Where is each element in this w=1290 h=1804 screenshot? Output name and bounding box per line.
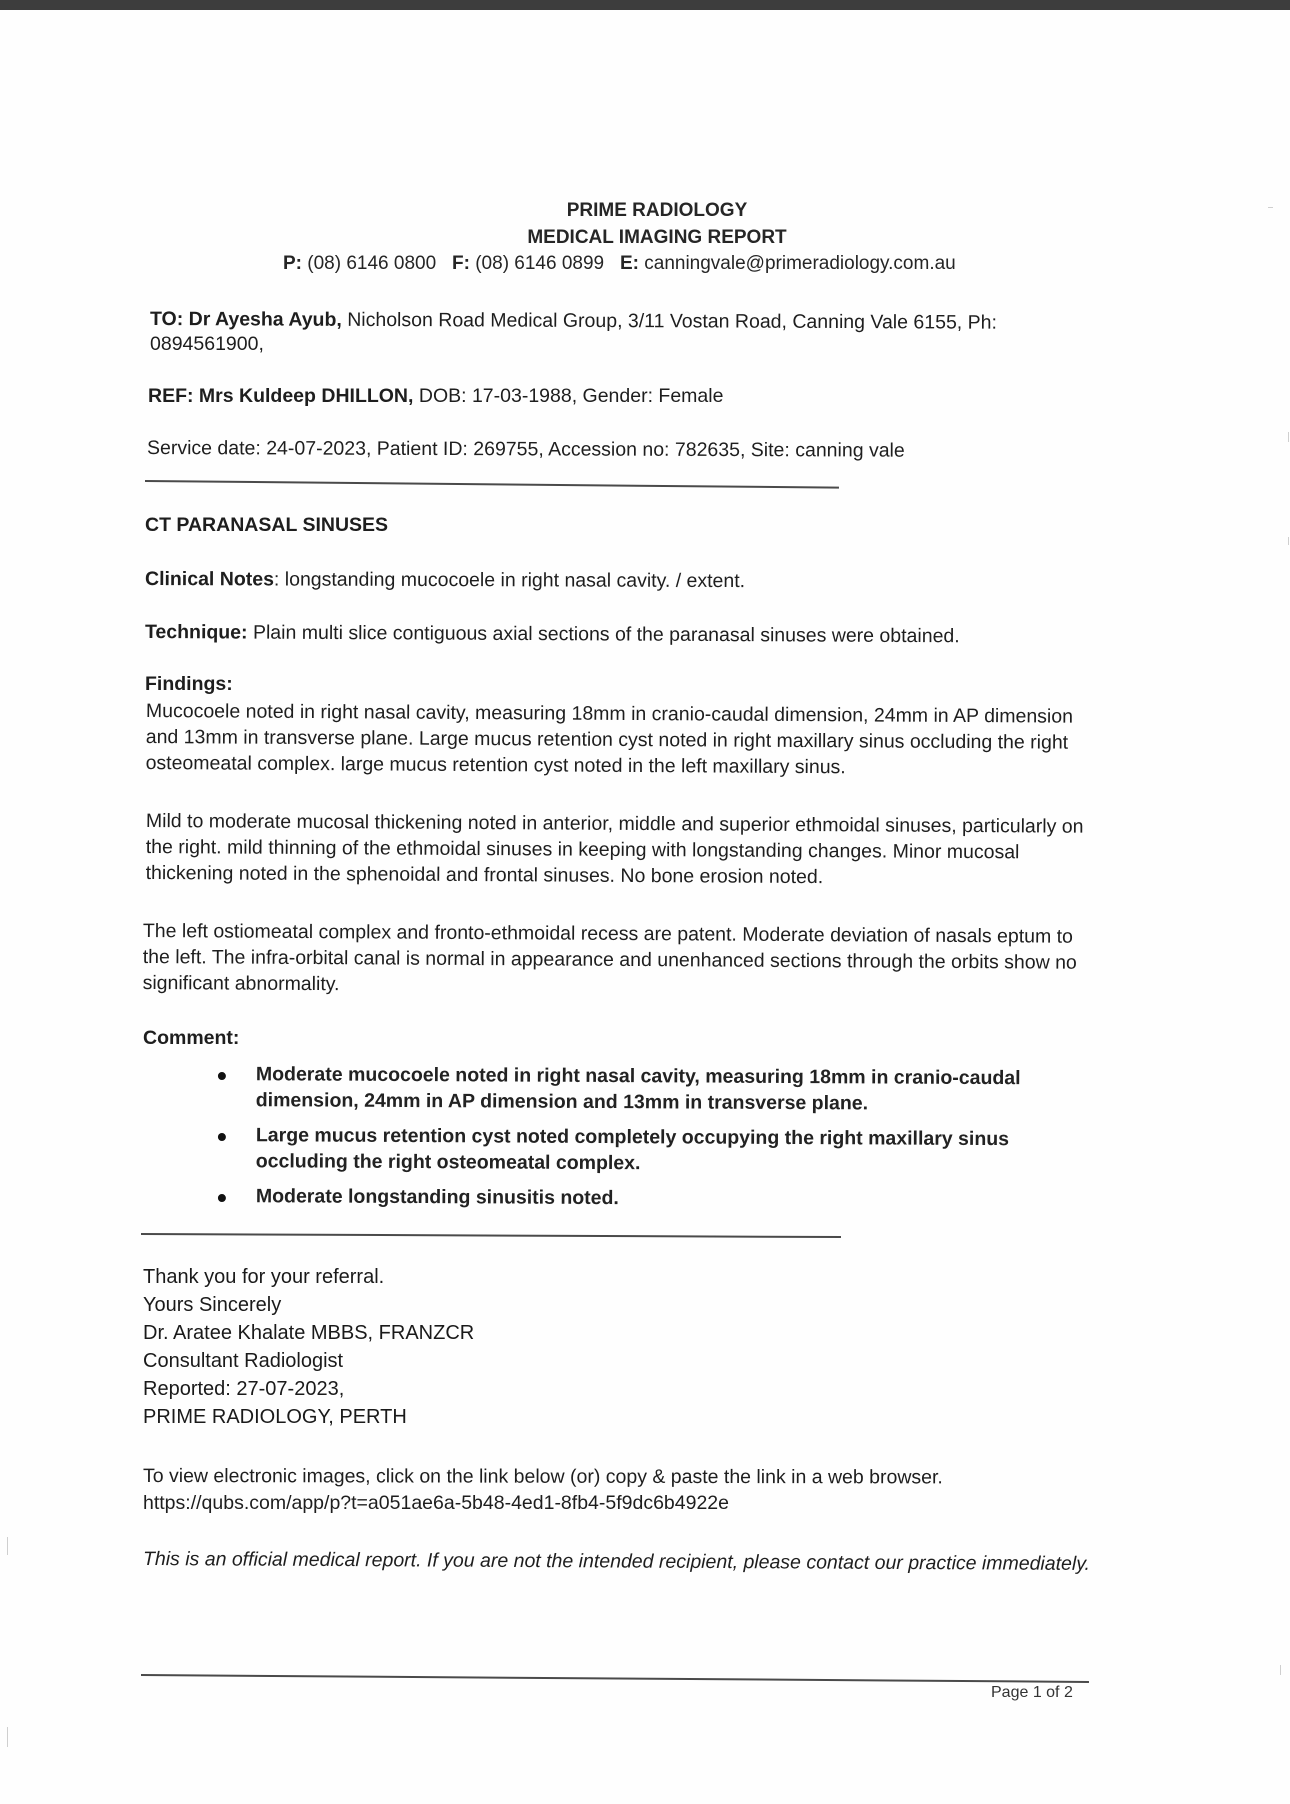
technique: Technique: Plain multi slice contiguous … (145, 621, 960, 648)
fax-label: F: (452, 253, 470, 274)
patient-ref-label: REF: (148, 385, 194, 407)
technique-label: Technique: (145, 621, 248, 644)
phone-label: P: (283, 253, 302, 274)
closing-salutation: Yours Sincerely (143, 1291, 474, 1319)
comment-bullet: Moderate mucocoele noted in right nasal … (218, 1061, 1021, 1117)
scan-artifact (7, 1537, 8, 1555)
comment-label: Comment: (143, 1027, 239, 1050)
disclaimer: This is an official medical report. If y… (143, 1548, 1090, 1576)
bullet-icon (218, 1072, 226, 1080)
findings-paragraph-2: Mild to moderate mucosal thickening note… (146, 808, 1084, 892)
footer-divider (141, 1674, 1089, 1683)
scan-artifact (1268, 207, 1273, 208)
text-line: Moderate longstanding sinusitis noted. (256, 1183, 619, 1211)
page-number: Page 1 of 2 (991, 1684, 1073, 1702)
clinical-notes-text: : longstanding mucocoele in right nasal … (274, 568, 745, 592)
recipient-line: TO: Dr Ayesha Ayub, Nicholson Road Medic… (150, 308, 997, 335)
radiologist-name: Dr. Aratee Khalate MBBS, FRANZCR (143, 1319, 474, 1347)
phone-number: (08) 6146 0800 (307, 253, 436, 274)
findings-paragraph-3: The left ostiomeatal complex and fronto-… (143, 918, 1078, 1002)
comment-bullet: Moderate longstanding sinusitis noted. (218, 1183, 619, 1211)
radiologist-title: Consultant Radiologist (143, 1347, 474, 1375)
text-line: Moderate mucocoele noted in right nasal … (256, 1061, 1021, 1091)
findings-paragraph-1: Mucocoele noted in right nasal cavity, m… (146, 698, 1074, 782)
text-line: dimension, 24mm in AP dimension and 13mm… (256, 1087, 1021, 1117)
scan-artifact (7, 1727, 8, 1747)
bullet-icon (218, 1194, 226, 1202)
org-name: PRIME RADIOLOGY (12, 200, 1290, 222)
images-link[interactable]: https://qubs.com/app/p?t=a051ae6a-5b48-4… (143, 1492, 729, 1515)
bullet-icon (218, 1133, 226, 1141)
service-details: Service date: 24-07-2023, Patient ID: 26… (147, 437, 905, 463)
recipient-address: Nicholson Road Medical Group, 3/11 Vosta… (342, 309, 997, 334)
divider (145, 480, 839, 489)
email-address[interactable]: canningvale@primeradiology.com.au (644, 253, 956, 274)
reported-date: Reported: 27-07-2023, (143, 1375, 474, 1403)
findings-label: Findings: (145, 673, 233, 696)
clinical-notes: Clinical Notes: longstanding mucocoele i… (145, 568, 745, 593)
text-line: occluding the right osteomeatal complex. (256, 1148, 1009, 1178)
clinical-notes-label: Clinical Notes (145, 568, 274, 590)
recipient-label: TO: (150, 308, 183, 330)
scan-artifact (1288, 537, 1289, 545)
divider (141, 1233, 841, 1238)
contact-line: P: (08) 6146 0800 F: (08) 6146 0899 E: c… (283, 253, 956, 275)
email-label: E: (620, 253, 639, 274)
scan-artifact (1288, 432, 1289, 442)
recipient-phone: 0894561900, (150, 333, 264, 356)
technique-text: Plain multi slice contiguous axial secti… (248, 622, 960, 648)
exam-title: CT PARANASAL SINUSES (145, 514, 388, 537)
scan-artifact (1280, 1665, 1281, 1675)
signature-block: Thank you for your referral. Yours Since… (143, 1263, 474, 1431)
report-title: MEDICAL IMAGING REPORT (12, 227, 1290, 249)
scanner-top-bar (0, 0, 1290, 10)
closing-line: Thank you for your referral. (143, 1263, 474, 1291)
fax-number: (08) 6146 0899 (475, 253, 604, 274)
patient-details: DOB: 17-03-1988, Gender: Female (413, 385, 723, 407)
patient-line: REF: Mrs Kuldeep DHILLON, DOB: 17-03-198… (148, 385, 723, 408)
practice-location: PRIME RADIOLOGY, PERTH (143, 1403, 474, 1431)
recipient-name: Dr Ayesha Ayub, (189, 308, 342, 331)
text-line: Large mucus retention cyst noted complet… (256, 1122, 1009, 1152)
images-instruction: To view electronic images, click on the … (143, 1465, 943, 1489)
patient-name: Mrs Kuldeep DHILLON, (199, 385, 414, 407)
comment-bullet: Large mucus retention cyst noted complet… (218, 1122, 1009, 1178)
